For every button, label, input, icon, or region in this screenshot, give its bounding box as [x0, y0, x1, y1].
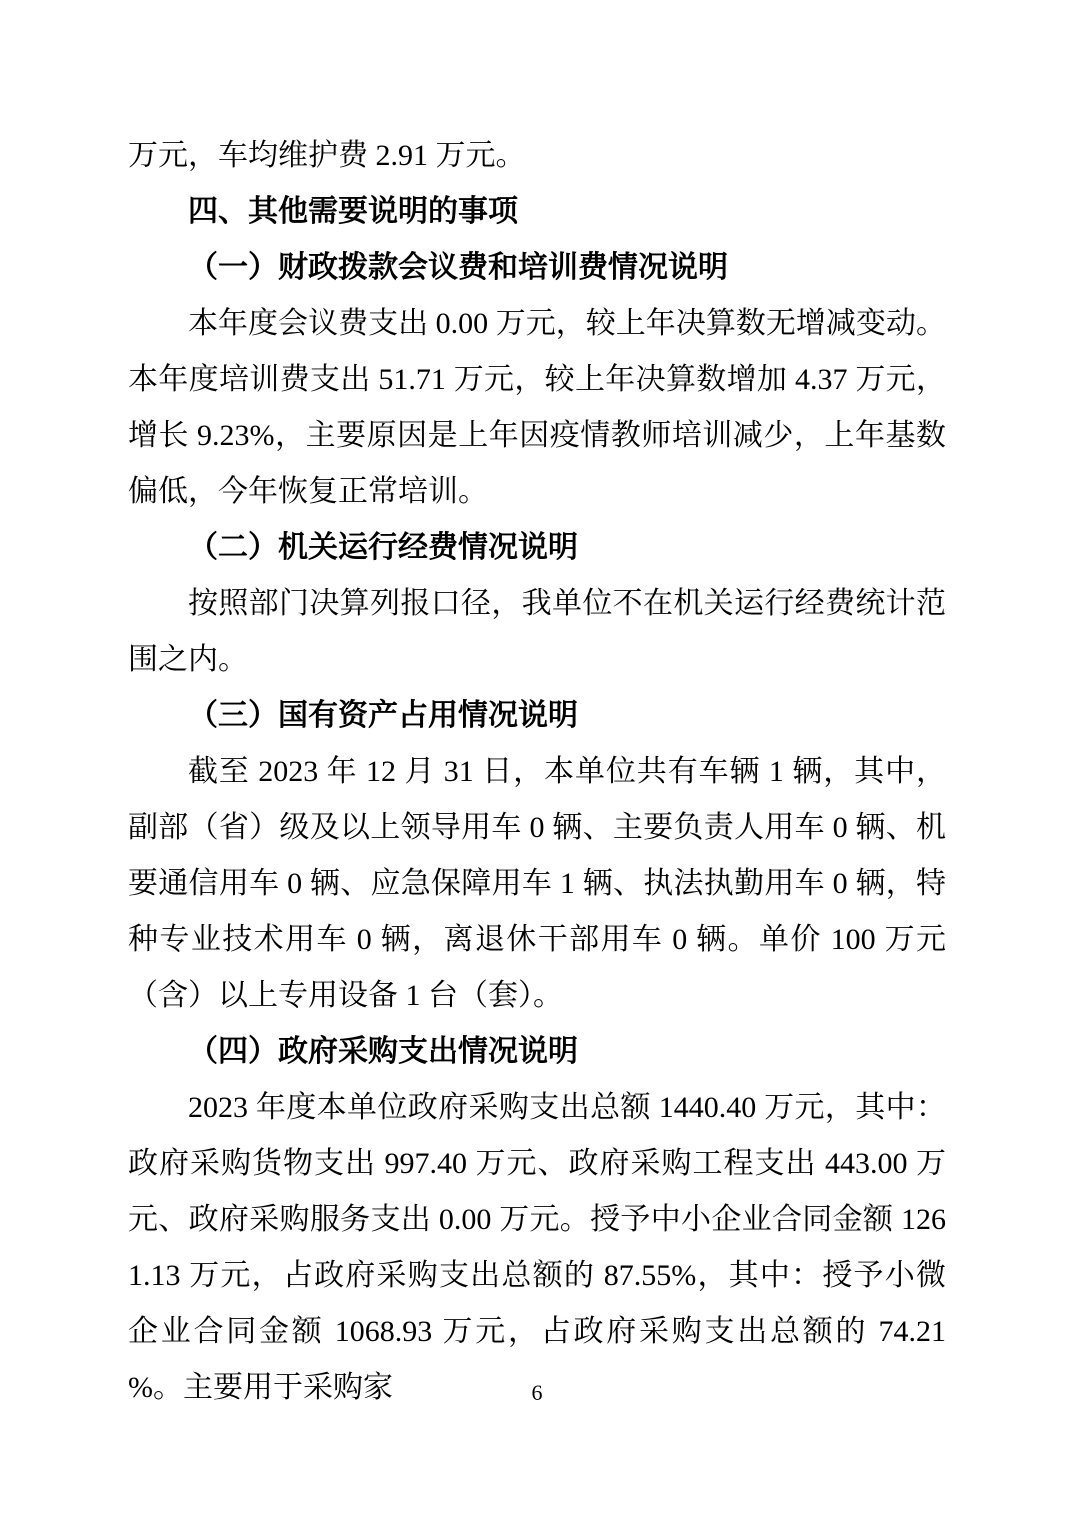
subsection-4-body: 2023 年度本单位政府采购支出总额 1440.40 万元，其中：政府采购货物支…	[128, 1080, 946, 1416]
subsection-3-title: （三）国有资产占用情况说明	[128, 688, 946, 744]
subsection-1-title: （一）财政拨款会议费和培训费情况说明	[128, 240, 946, 296]
document-page: 万元，车均维护费 2.91 万元。 四、其他需要说明的事项 （一）财政拨款会议费…	[0, 0, 1074, 1520]
continuation-paragraph: 万元，车均维护费 2.91 万元。	[128, 128, 946, 184]
document-content: 万元，车均维护费 2.91 万元。 四、其他需要说明的事项 （一）财政拨款会议费…	[128, 128, 946, 1416]
section-heading: 四、其他需要说明的事项	[128, 184, 946, 240]
page-number: 6	[0, 1378, 1074, 1408]
subsection-2-title: （二）机关运行经费情况说明	[128, 520, 946, 576]
subsection-2-body: 按照部门决算列报口径，我单位不在机关运行经费统计范围之内。	[128, 576, 946, 688]
subsection-4-title: （四）政府采购支出情况说明	[128, 1024, 946, 1080]
subsection-1-body: 本年度会议费支出 0.00 万元，较上年决算数无增减变动。本年度培训费支出 51…	[128, 296, 946, 520]
subsection-3-body: 截至 2023 年 12 月 31 日，本单位共有车辆 1 辆，其中，副部（省）…	[128, 744, 946, 1024]
